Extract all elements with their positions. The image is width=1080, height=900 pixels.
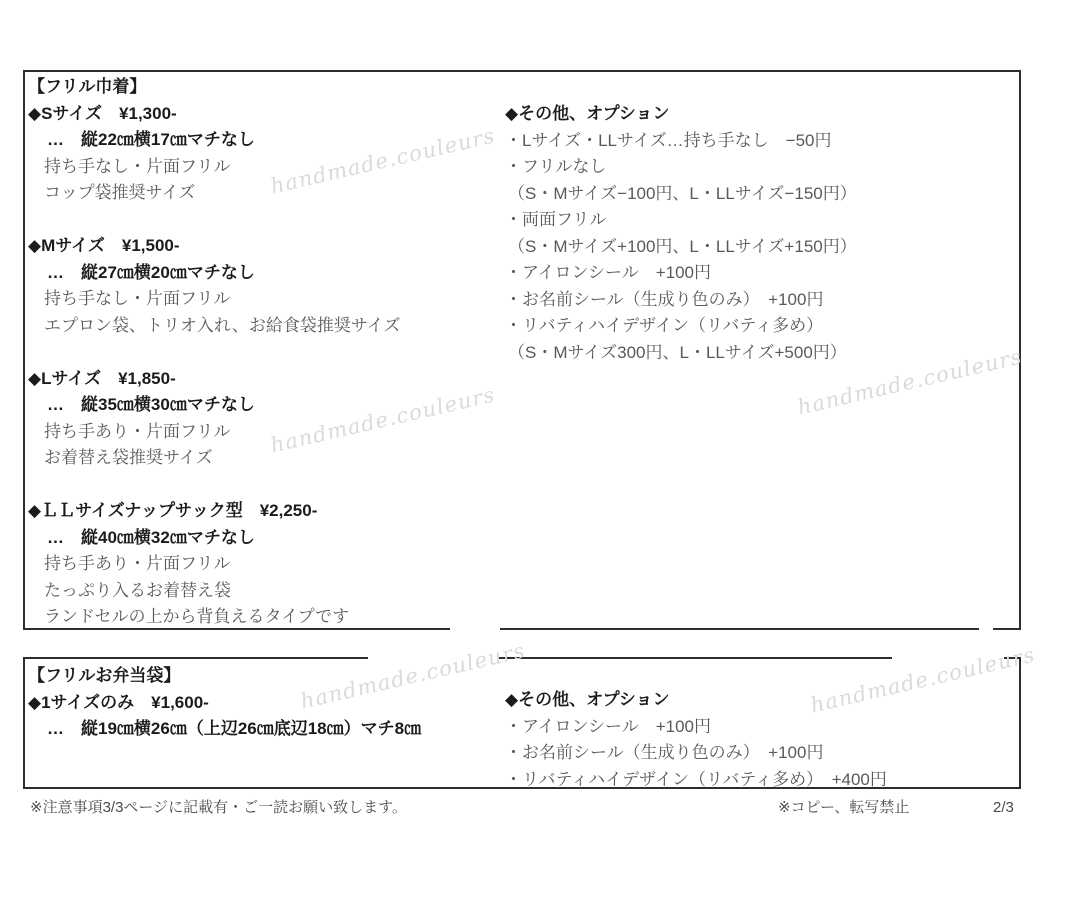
size-m-heading: ◆Mサイズ ¥1,500- [28, 233, 401, 260]
page-number: 2/3 [993, 798, 1014, 818]
size-s-heading: ◆Sサイズ ¥1,300- [28, 101, 401, 128]
size-dimensions: … 縦19㎝横26㎝（上辺26㎝底辺18㎝）マチ8㎝ [28, 716, 421, 743]
option-item-detail: （S・Mサイズ−100円、L・LLサイズ−150円） [505, 181, 857, 208]
option-item: ・リバティハイデザイン（リバティ多め） +400円 [505, 767, 887, 794]
bento-options-column: ◆その他、オプション ・アイロンシール +100円 ・お名前シール（生成り色のみ… [505, 687, 887, 793]
size-m-note: エプロン袋、トリオ入れ、お給食袋推奨サイズ [28, 313, 401, 340]
option-item: ・アイロンシール +100円 [505, 714, 887, 741]
size-ll-note: 持ち手あり・片面フリル [28, 551, 401, 578]
option-item: ・フリルなし [505, 154, 857, 181]
border-gap [450, 627, 500, 633]
size-l-dimensions: … 縦35㎝横30㎝マチなし [28, 392, 401, 419]
section-title: 【フリル巾着】 [28, 74, 401, 101]
option-item-detail: （S・Mサイズ+100円、L・LLサイズ+150円） [505, 234, 857, 261]
option-item: ・お名前シール（生成り色のみ） +100円 [505, 740, 887, 767]
size-s-note: コップ袋推奨サイズ [28, 180, 401, 207]
size-l-note: お着替え袋推奨サイズ [28, 445, 401, 472]
size-l-heading: ◆Lサイズ ¥1,850- [28, 366, 401, 393]
copy-prohibition-notice: ※コピー、転写禁止 [778, 798, 909, 818]
spacer-line [28, 472, 401, 499]
option-item: ・両面フリル [505, 207, 857, 234]
size-m-dimensions: … 縦27㎝横20㎝マチなし [28, 260, 401, 287]
section-title: 【フリルお弁当袋】 [28, 663, 421, 690]
option-item: ・アイロンシール +100円 [505, 260, 857, 287]
option-item-detail: （S・Mサイズ300円、L・LLサイズ+500円） [505, 340, 857, 367]
size-ll-note: たっぷり入るお着替え袋 [28, 578, 401, 605]
size-l-note: 持ち手あり・片面フリル [28, 419, 401, 446]
options-heading: ◆その他、オプション [505, 687, 887, 714]
option-item: ・Lサイズ・LLサイズ…持ち手なし −50円 [505, 128, 857, 155]
option-item: ・リバティハイデザイン（リバティ多め） [505, 313, 857, 340]
size-heading: ◆1サイズのみ ¥1,600- [28, 690, 421, 717]
spacer-line [28, 207, 401, 234]
kinchaku-sizes-column: 【フリル巾着】 ◆Sサイズ ¥1,300- … 縦22㎝横17㎝マチなし 持ち手… [28, 74, 401, 631]
bento-sizes-column: 【フリルお弁当袋】 ◆1サイズのみ ¥1,600- … 縦19㎝横26㎝（上辺2… [28, 663, 421, 743]
size-ll-note: ランドセルの上から背負えるタイプです [28, 604, 401, 631]
spacer-line [28, 339, 401, 366]
size-ll-heading: ◆ＬＬサイズナップサック型 ¥2,250- [28, 498, 401, 525]
kinchaku-options-column: ◆その他、オプション ・Lサイズ・LLサイズ…持ち手なし −50円 ・フリルなし… [505, 101, 857, 366]
size-s-dimensions: … 縦22㎝横17㎝マチなし [28, 127, 401, 154]
size-ll-dimensions: … 縦40㎝横32㎝マチなし [28, 525, 401, 552]
border-gap [979, 627, 993, 633]
size-m-note: 持ち手なし・片面フリル [28, 286, 401, 313]
price-list-page: handmade.couleurs handmade.couleurs hand… [0, 0, 1080, 900]
size-s-note: 持ち手なし・片面フリル [28, 154, 401, 181]
option-item: ・お名前シール（生成り色のみ） +100円 [505, 287, 857, 314]
footer-note: ※注意事項3/3ページに記載有・ご一読お願い致します。 [30, 798, 407, 818]
options-heading: ◆その他、オプション [505, 101, 857, 128]
